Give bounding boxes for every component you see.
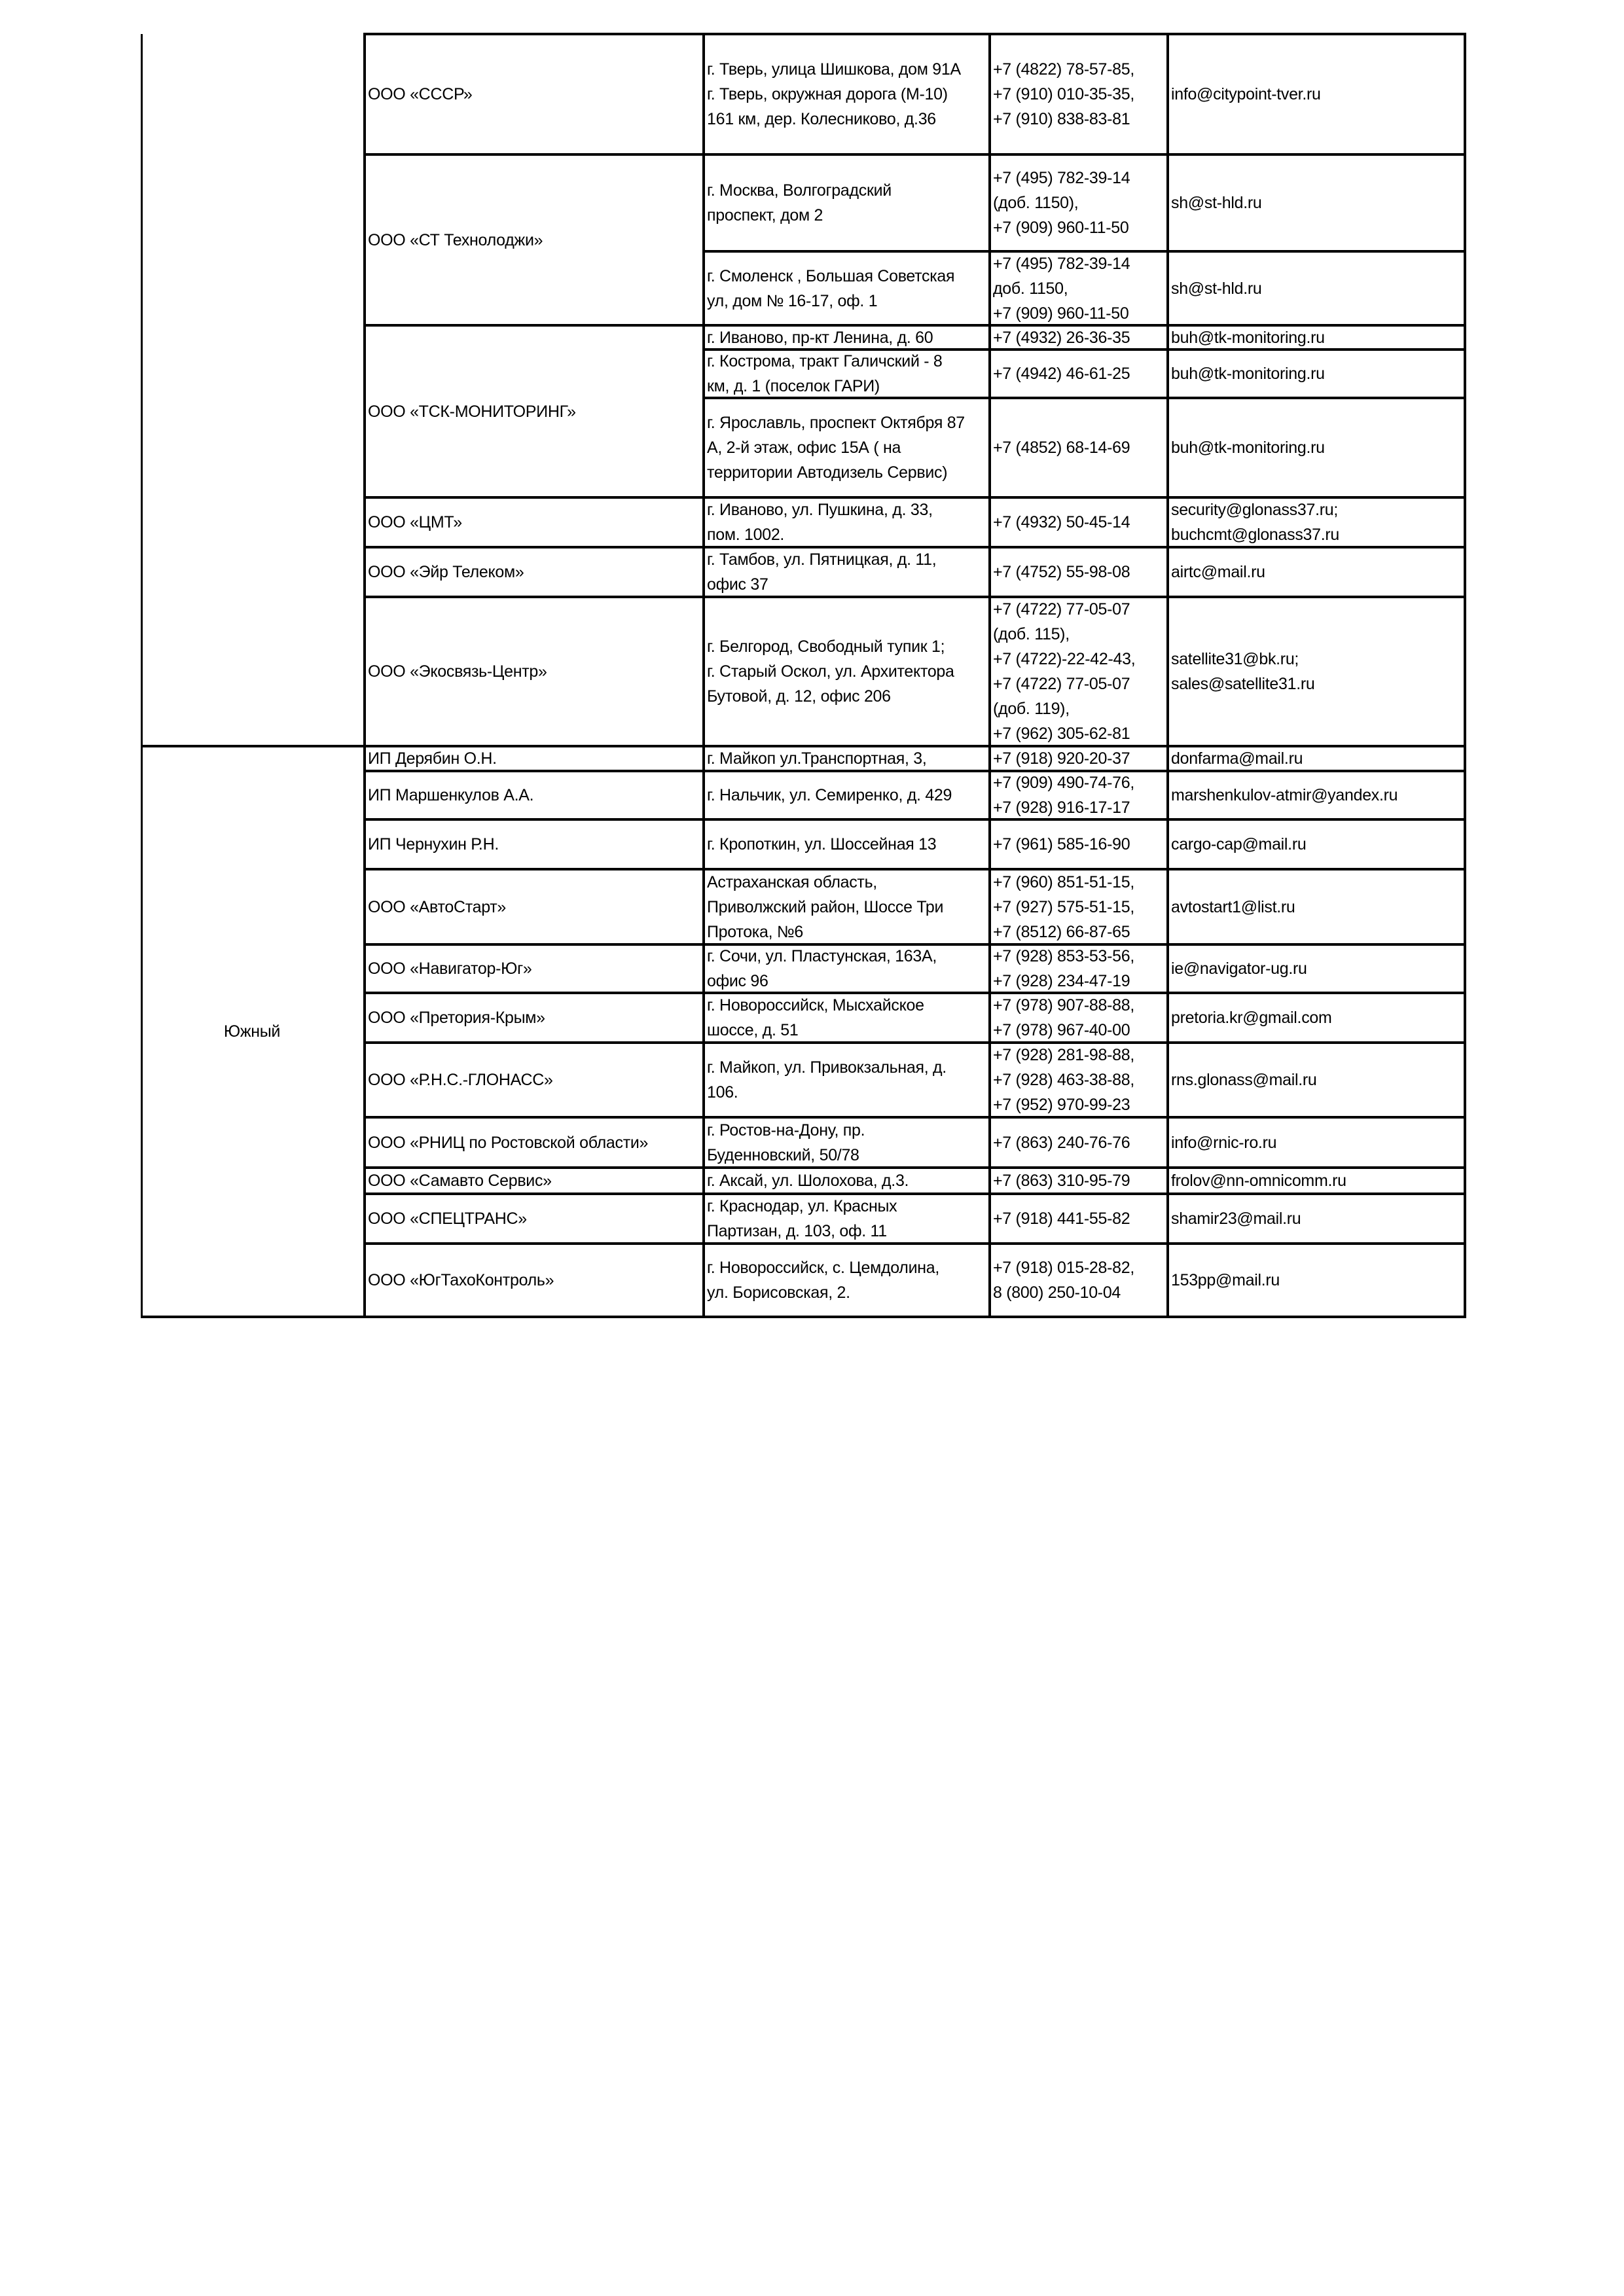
address-cell: г. Аксай, ул. Шолохова, д.3.: [702, 1168, 988, 1194]
phone-cell: +7 (909) 490-74-76, +7 (928) 916-17-17: [988, 771, 1166, 819]
email-cell-text: marshenkulov-atmir@yandex.ru: [1171, 783, 1398, 808]
company-top-border: [363, 546, 1466, 548]
phone-cell-text: +7 (4822) 78-57-85, +7 (910) 010-35-35, …: [993, 57, 1134, 132]
company-name-cell-text: ООО «СПЕЦТРАНС»: [368, 1206, 527, 1231]
phone-cell: +7 (863) 240-76-76: [988, 1117, 1166, 1168]
address-cell-text: г. Новороссийск, Мысхайское шоссе, д. 51: [707, 993, 924, 1043]
phone-cell: +7 (918) 441-55-82: [988, 1194, 1166, 1244]
address-cell-text: г. Ростов-на-Дону, пр. Буденновский, 50/…: [707, 1118, 865, 1168]
email-cell: security@glonass37.ru; buchcmt@glonass37…: [1166, 497, 1464, 547]
company-top-border: [363, 943, 1466, 946]
address-cell-text: г. Нальчик, ул. Семиренко, д. 429: [707, 783, 952, 808]
email-cell: info@rnic-ro.ru: [1166, 1117, 1464, 1168]
company-name-cell-text: ООО «Экосвязь-Центр»: [368, 659, 547, 684]
phone-cell: +7 (4722) 77-05-07 (доб. 115), +7 (4722)…: [988, 597, 1166, 746]
address-cell: г. Смоленск , Большая Советская ул, дом …: [702, 251, 988, 325]
phone-cell: +7 (918) 920-20-37: [988, 746, 1166, 771]
address-cell: г. Ростов-на-Дону, пр. Буденновский, 50/…: [702, 1117, 988, 1168]
company-name-cell: ООО «Навигатор-Юг»: [363, 944, 702, 993]
phone-cell: +7 (928) 281-98-88, +7 (928) 463-38-88, …: [988, 1043, 1166, 1117]
company-name-cell-text: ООО «Р.Н.С.-ГЛОНАСС»: [368, 1067, 553, 1092]
company-name-cell: ИП Маршенкулов А.А.: [363, 771, 702, 819]
email-cell: pretoria.kr@gmail.com: [1166, 993, 1464, 1043]
company-name-cell: ИП Дерябин О.Н.: [363, 746, 702, 771]
company-name-cell-text: ООО «Навигатор-Юг»: [368, 956, 532, 981]
table-left-border: [141, 34, 143, 1318]
email-cell-text: rns.glonass@mail.ru: [1171, 1067, 1317, 1092]
email-cell: buh@tk-monitoring.ru: [1166, 398, 1464, 497]
region-divider: [141, 745, 363, 747]
company-name-cell: ООО «ЦМТ»: [363, 497, 702, 547]
table-bottom-border: [141, 1316, 1466, 1318]
address-cell: Астраханская область, Приволжский район,…: [702, 869, 988, 944]
phone-cell-text: +7 (863) 240-76-76: [993, 1130, 1130, 1155]
company-top-border: [363, 496, 1466, 499]
address-cell: г. Тверь, улица Шишкова, дом 91А г. Твер…: [702, 34, 988, 154]
address-cell: г. Кропоткин, ул. Шоссейная 13: [702, 819, 988, 869]
email-cell: shamir23@mail.ru: [1166, 1194, 1464, 1244]
address-cell: г. Новороссийск, Мысхайское шоссе, д. 51: [702, 993, 988, 1043]
email-cell: satellite31@bk.ru; sales@satellite31.ru: [1166, 597, 1464, 746]
phone-cell-text: +7 (918) 441-55-82: [993, 1206, 1130, 1231]
company-top-border: [363, 868, 1466, 870]
email-cell: sh@st-hld.ru: [1166, 154, 1464, 251]
email-cell-text: buh@tk-monitoring.ru: [1171, 435, 1325, 460]
phone-cell-text: +7 (4752) 55-98-08: [993, 560, 1130, 584]
address-cell-text: г. Белгород, Свободный тупик 1; г. Стары…: [707, 634, 954, 709]
phone-cell: +7 (961) 585-16-90: [988, 819, 1166, 869]
phone-cell: +7 (4942) 46-61-25: [988, 350, 1166, 398]
phone-cell: +7 (4932) 26-36-35: [988, 325, 1166, 350]
phone-cell: +7 (863) 310-95-79: [988, 1168, 1166, 1194]
address-cell: г. Белгород, Свободный тупик 1; г. Стары…: [702, 597, 988, 746]
company-name-cell-text: ООО «АвтоСтарт»: [368, 895, 506, 920]
email-cell: marshenkulov-atmir@yandex.ru: [1166, 771, 1464, 819]
company-name-cell: ООО «РНИЦ по Ростовской области»: [363, 1117, 702, 1168]
document-page: г. Тверь, улица Шишкова, дом 91А г. Твер…: [0, 0, 1624, 2296]
address-cell-text: г. Майкоп ул.Транспортная, 3,: [707, 746, 927, 771]
company-top-border: [363, 33, 1466, 35]
email-cell-text: cargo-cap@mail.ru: [1171, 832, 1306, 857]
phone-cell-text: +7 (928) 853-53-56, +7 (928) 234-47-19: [993, 944, 1134, 994]
email-cell: buh@tk-monitoring.ru: [1166, 350, 1464, 398]
address-cell: г. Кострома, тракт Галичский - 8 км, д. …: [702, 350, 988, 398]
phone-cell: +7 (960) 851-51-15, +7 (927) 575-51-15, …: [988, 869, 1166, 944]
company-top-border: [363, 745, 1466, 747]
phone-cell: +7 (918) 015-28-82, 8 (800) 250-10-04: [988, 1244, 1166, 1317]
company-name-cell: ООО «АвтоСтарт»: [363, 869, 702, 944]
phone-cell-text: +7 (918) 015-28-82, 8 (800) 250-10-04: [993, 1255, 1134, 1305]
address-cell: г. Иваново, пр-кт Ленина, д. 60: [702, 325, 988, 350]
address-cell: г. Иваново, ул. Пушкина, д. 33, пом. 100…: [702, 497, 988, 547]
company-name-cell: ООО «ТСК-МОНИТОРИНГ»: [363, 325, 702, 497]
region-cell: [141, 34, 363, 746]
email-cell-text: avtostart1@list.ru: [1171, 895, 1295, 920]
phone-cell-text: +7 (4932) 50-45-14: [993, 510, 1130, 535]
company-top-border: [363, 992, 1466, 994]
company-name-cell-text: ИП Дерябин О.Н.: [368, 746, 497, 771]
company-top-border: [363, 324, 1466, 327]
email-cell-text: buh@tk-monitoring.ru: [1171, 361, 1325, 386]
company-name-cell-text: ООО «Претория-Крым»: [368, 1005, 545, 1030]
company-name-cell-text: ООО «СССР»: [368, 82, 473, 107]
phone-cell: +7 (4752) 55-98-08: [988, 547, 1166, 597]
company-top-border: [363, 153, 1466, 156]
company-name-cell-text: ООО «СТ Технолоджи»: [368, 228, 543, 253]
company-name-cell-text: ООО «ЮгТахоКонтроль»: [368, 1268, 554, 1293]
phone-cell-text: +7 (4932) 26-36-35: [993, 325, 1130, 350]
company-top-border: [363, 1166, 1466, 1169]
email-cell: info@citypoint-tver.ru: [1166, 34, 1464, 154]
address-cell-text: г. Ярославль, проспект Октября 87 А, 2-й…: [707, 410, 965, 485]
email-cell-text: sh@st-hld.ru: [1171, 190, 1262, 215]
email-cell-text: security@glonass37.ru; buchcmt@glonass37…: [1171, 497, 1339, 547]
company-top-border: [363, 770, 1466, 772]
address-cell-text: г. Новороссийск, с. Цемдолина, ул. Борис…: [707, 1255, 939, 1305]
phone-cell-text: +7 (863) 310-95-79: [993, 1168, 1130, 1193]
email-cell-text: satellite31@bk.ru; sales@satellite31.ru: [1171, 647, 1315, 696]
email-cell-text: airtc@mail.ru: [1171, 560, 1265, 584]
company-name-cell-text: ИП Маршенкулов А.А.: [368, 783, 533, 808]
email-cell: avtostart1@list.ru: [1166, 869, 1464, 944]
column-divider: [363, 34, 366, 1318]
address-cell-text: г. Кропоткин, ул. Шоссейная 13: [707, 832, 936, 857]
address-cell: г. Майкоп ул.Транспортная, 3,: [702, 746, 988, 771]
email-cell-text: frolov@nn-omnicomm.ru: [1171, 1168, 1346, 1193]
address-cell-text: г. Сочи, ул. Пластунская, 163А, офис 96: [707, 944, 937, 994]
address-cell: г. Тамбов, ул. Пятницкая, д. 11, офис 37: [702, 547, 988, 597]
phone-cell-text: +7 (960) 851-51-15, +7 (927) 575-51-15, …: [993, 870, 1134, 944]
company-name-cell-text: ООО «ТСК-МОНИТОРИНГ»: [368, 399, 576, 424]
region-cell: Южный: [141, 746, 363, 1317]
column-divider: [1166, 34, 1169, 1318]
column-divider: [988, 34, 991, 1318]
email-cell-text: sh@st-hld.ru: [1171, 276, 1262, 301]
phone-cell-text: +7 (918) 920-20-37: [993, 746, 1130, 771]
company-name-cell: ООО «Эйр Телеком»: [363, 547, 702, 597]
phone-cell-text: +7 (4852) 68-14-69: [993, 435, 1130, 460]
phone-cell: +7 (495) 782-39-14 (доб. 1150), +7 (909)…: [988, 154, 1166, 251]
company-name-cell: ООО «Р.Н.С.-ГЛОНАСС»: [363, 1043, 702, 1117]
address-cell-text: г. Краснодар, ул. Красных Партизан, д. 1…: [707, 1194, 897, 1244]
phone-cell-text: +7 (4722) 77-05-07 (доб. 115), +7 (4722)…: [993, 597, 1135, 746]
phone-cell: +7 (4932) 50-45-14: [988, 497, 1166, 547]
address-cell-text: г. Иваново, ул. Пушкина, д. 33, пом. 100…: [707, 497, 933, 547]
address-cell: г. Майкоп, ул. Привокзальная, д. 106.: [702, 1043, 988, 1117]
company-top-border: [363, 818, 1466, 821]
address-cell: г. Краснодар, ул. Красных Партизан, д. 1…: [702, 1194, 988, 1244]
email-cell-text: buh@tk-monitoring.ru: [1171, 325, 1325, 350]
company-top-border: [363, 1242, 1466, 1245]
phone-cell-text: +7 (961) 585-16-90: [993, 832, 1130, 857]
address-cell-text: г. Майкоп, ул. Привокзальная, д. 106.: [707, 1055, 947, 1105]
table-right-border: [1464, 33, 1466, 1318]
phone-cell-text: +7 (909) 490-74-76, +7 (928) 916-17-17: [993, 770, 1134, 820]
email-cell: rns.glonass@mail.ru: [1166, 1043, 1464, 1117]
address-cell-text: г. Смоленск , Большая Советская ул, дом …: [707, 264, 954, 314]
company-name-cell: ИП Чернухин Р.Н.: [363, 819, 702, 869]
email-cell: sh@st-hld.ru: [1166, 251, 1464, 325]
company-name-cell: ООО «Самавто Сервис»: [363, 1168, 702, 1194]
address-cell-text: г. Иваново, пр-кт Ленина, д. 60: [707, 325, 933, 350]
email-cell-text: 153pp@mail.ru: [1171, 1268, 1280, 1293]
phone-cell: +7 (978) 907-88-88, +7 (978) 967-40-00: [988, 993, 1166, 1043]
company-top-border: [363, 1041, 1466, 1044]
company-name-cell: ООО «СТ Технолоджи»: [363, 154, 702, 325]
email-cell: 153pp@mail.ru: [1166, 1244, 1464, 1317]
phone-cell-text: +7 (978) 907-88-88, +7 (978) 967-40-00: [993, 993, 1134, 1043]
address-cell-text: г. Тамбов, ул. Пятницкая, д. 11, офис 37: [707, 547, 936, 597]
email-cell: frolov@nn-omnicomm.ru: [1166, 1168, 1464, 1194]
email-cell: airtc@mail.ru: [1166, 547, 1464, 597]
address-cell: г. Москва, Волгоградский проспект, дом 2: [702, 154, 988, 251]
address-cell-text: г. Москва, Волгоградский проспект, дом 2: [707, 178, 892, 228]
address-cell-text: Астраханская область, Приволжский район,…: [707, 870, 943, 944]
company-name-cell: ООО «Претория-Крым»: [363, 993, 702, 1043]
email-cell-text: shamir23@mail.ru: [1171, 1206, 1301, 1231]
column-divider: [702, 34, 705, 1318]
region-cell-text: Южный: [224, 1019, 280, 1044]
address-cell: г. Новороссийск, с. Цемдолина, ул. Борис…: [702, 1244, 988, 1317]
email-cell: ie@navigator-ug.ru: [1166, 944, 1464, 993]
email-cell-text: donfarma@mail.ru: [1171, 746, 1303, 771]
company-name-cell-text: ИП Чернухин Р.Н.: [368, 832, 499, 857]
email-cell: buh@tk-monitoring.ru: [1166, 325, 1464, 350]
company-name-cell-text: ООО «РНИЦ по Ростовской области»: [368, 1130, 648, 1155]
company-top-border: [363, 1116, 1466, 1119]
phone-cell: +7 (4822) 78-57-85, +7 (910) 010-35-35, …: [988, 34, 1166, 154]
address-cell: г. Нальчик, ул. Семиренко, д. 429: [702, 771, 988, 819]
phone-cell-text: +7 (495) 782-39-14 (доб. 1150), +7 (909)…: [993, 166, 1130, 240]
email-cell: donfarma@mail.ru: [1166, 746, 1464, 771]
email-cell: cargo-cap@mail.ru: [1166, 819, 1464, 869]
address-cell-text: г. Кострома, тракт Галичский - 8 км, д. …: [707, 349, 943, 399]
email-cell-text: info@citypoint-tver.ru: [1171, 82, 1321, 107]
phone-cell-text: +7 (495) 782-39-14 доб. 1150, +7 (909) 9…: [993, 251, 1130, 326]
phone-cell-text: +7 (928) 281-98-88, +7 (928) 463-38-88, …: [993, 1043, 1134, 1117]
company-name-cell-text: ООО «Самавто Сервис»: [368, 1168, 552, 1193]
company-name-cell: ООО «ЮгТахоКонтроль»: [363, 1244, 702, 1317]
phone-cell: +7 (4852) 68-14-69: [988, 398, 1166, 497]
phone-cell: +7 (495) 782-39-14 доб. 1150, +7 (909) 9…: [988, 251, 1166, 325]
company-top-border: [363, 596, 1466, 598]
company-name-cell: ООО «СССР»: [363, 34, 702, 154]
address-cell: г. Сочи, ул. Пластунская, 163А, офис 96: [702, 944, 988, 993]
phone-cell-text: +7 (4942) 46-61-25: [993, 361, 1130, 386]
company-name-cell-text: ООО «ЦМТ»: [368, 510, 462, 535]
email-cell-text: info@rnic-ro.ru: [1171, 1130, 1276, 1155]
address-cell: г. Ярославль, проспект Октября 87 А, 2-й…: [702, 398, 988, 497]
company-top-border: [363, 1193, 1466, 1195]
company-name-cell-text: ООО «Эйр Телеком»: [368, 560, 524, 584]
address-cell-text: г. Аксай, ул. Шолохова, д.3.: [707, 1168, 909, 1193]
phone-cell: +7 (928) 853-53-56, +7 (928) 234-47-19: [988, 944, 1166, 993]
address-cell-text: г. Тверь, улица Шишкова, дом 91А г. Твер…: [707, 57, 961, 132]
email-cell-text: pretoria.kr@gmail.com: [1171, 1005, 1332, 1030]
company-name-cell: ООО «Экосвязь-Центр»: [363, 597, 702, 746]
email-cell-text: ie@navigator-ug.ru: [1171, 956, 1307, 981]
company-name-cell: ООО «СПЕЦТРАНС»: [363, 1194, 702, 1244]
